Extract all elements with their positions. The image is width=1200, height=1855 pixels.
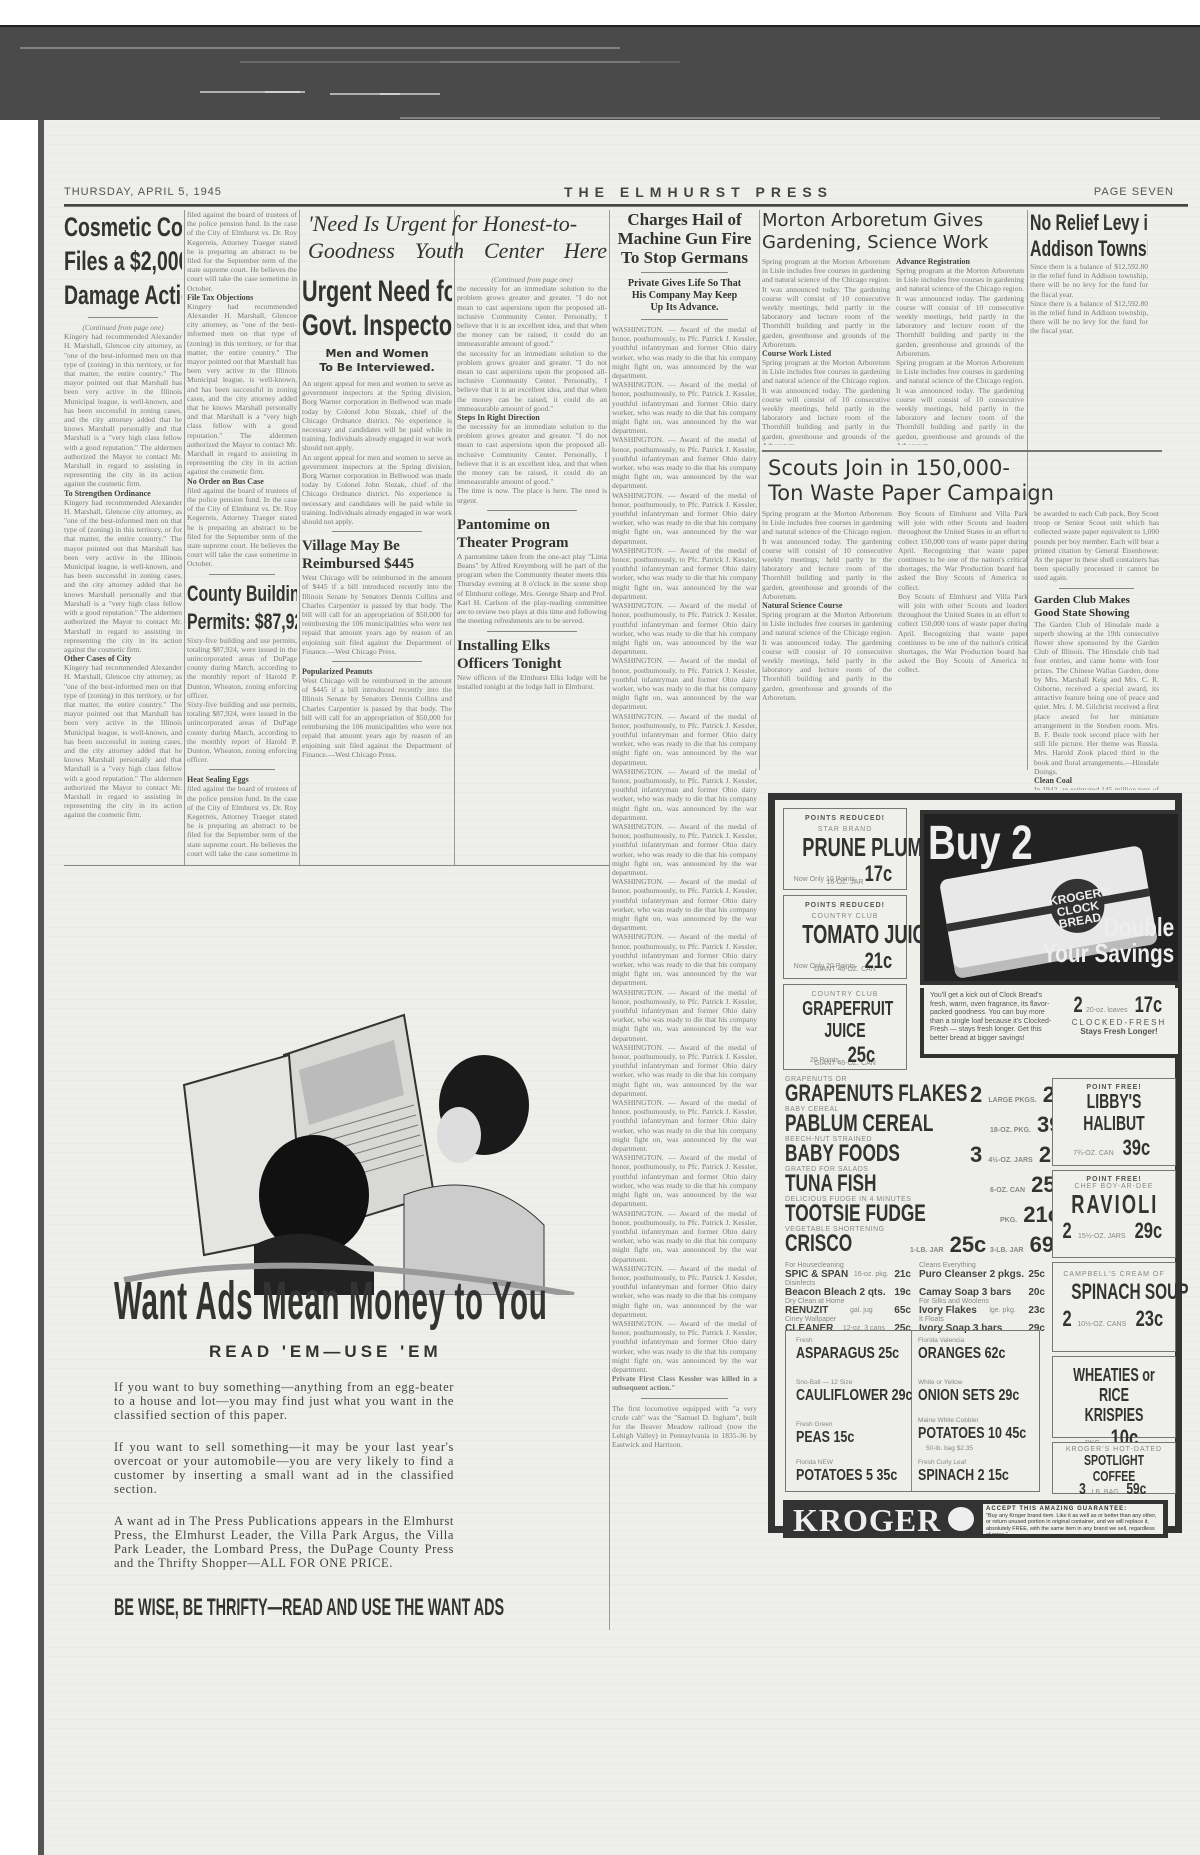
- want-ads-subhead: READ 'EM—USE 'EM: [209, 1342, 594, 1362]
- article-youth-center: (Continued from page one) the necessity …: [457, 275, 607, 865]
- article-relief-levy: No Relief Levy in Addison Township Since…: [1030, 210, 1148, 445]
- headline: Morton Arboretum Gives Gardening, Scienc…: [762, 210, 1024, 254]
- kroger-advertisement: POINTS REDUCED! STAR BRAND PRUNE PLUMS N…: [768, 793, 1182, 1533]
- want-ads-footer: BE WISE, BE THRIFTY—READ AND USE THE WAN…: [114, 1594, 402, 1622]
- want-ads-illustration: [104, 995, 584, 1295]
- ad-box-halibut: POINT FREE! LIBBY'S HALIBUT 7¾-OZ. CAN 3…: [1052, 1078, 1176, 1166]
- headline-pantomime: Pantomime on Theater Program: [457, 516, 607, 552]
- ad-item-crisco: VEGETABLE SHORTENINGCRISCO: [785, 1226, 885, 1256]
- column-divider: [454, 210, 455, 865]
- article-inspectors: Urgent Need for Govt. Inspectors Men and…: [302, 275, 452, 865]
- ad-box-grapefruit-juice: COUNTRY CLUB GRAPEFRUIT JUICE 20 Points …: [783, 984, 907, 1070]
- guarantee-text: ACCEPT THIS AMAZING GUARANTEE: "Buy any …: [983, 1504, 1163, 1534]
- column-divider: [299, 210, 300, 865]
- masthead: THURSDAY, APRIL 5, 1945 THE ELMHURST PRE…: [64, 182, 1182, 204]
- column-divider: [759, 210, 760, 770]
- ad-box-prune-plums: POINTS REDUCED! STAR BRAND PRUNE PLUMS N…: [783, 808, 907, 890]
- kroger-logo-bar: KROGER ACCEPT THIS AMAZING GUARANTEE: "B…: [783, 1500, 1168, 1538]
- headline-garden-club: Garden Club Makes Good State Showing: [1034, 594, 1159, 620]
- page-number: PAGE SEVEN: [1094, 186, 1174, 198]
- article-morton-arboretum: Morton Arboretum Gives Gardening, Scienc…: [762, 210, 1024, 445]
- headline-elks: Installing Elks Officers Tonight: [457, 637, 607, 673]
- article-scouts: Scouts Join in 150,000- Ton Waste Paper …: [762, 450, 1162, 790]
- headline-youth-center: 'Need Is Urgent for Honest-to- Goodness …: [302, 210, 607, 270]
- paper-title: THE ELMHURST PRESS: [564, 184, 833, 200]
- ad-box-tomato-juice: POINTS REDUCED! COUNTRY CLUB TOMATO JUIC…: [783, 895, 907, 979]
- clock-bread-promo: Buy 2 KROGER'S CLOCK BREAD Double Your S…: [920, 810, 1182, 985]
- want-ads-promo: Want Ads Mean Money to You READ 'EM—USE …: [114, 1270, 594, 1622]
- ad-item-tootsie-fudge: DELICIOUS FUDGE IN 4 MINUTESTOOTSIE FUDG…: [785, 1196, 981, 1226]
- ad-item-pablum: BABY CEREALPABLUM CEREAL: [785, 1106, 991, 1136]
- microfilm-header-strip: [0, 25, 1200, 120]
- article-kessler: Charges Hail of Machine Gun Fire To Stop…: [612, 210, 757, 1670]
- headline: Cosmetic Company Files a $2,000 Damage A…: [64, 210, 182, 312]
- issue-date: THURSDAY, APRIL 5, 1945: [64, 186, 222, 198]
- clock-bread-copy: You'll get a kick out of Clock Bread's f…: [920, 988, 1182, 1058]
- ad-household-items: For Housecleaning SPIC & SPAN16-oz. pkg.…: [785, 1262, 1045, 1334]
- article-body: Kingery had recommended Alexander H. Mar…: [64, 332, 182, 488]
- article-continued-col2: filed against the board of trustees of t…: [187, 210, 297, 860]
- ad-item-tuna-fish: GRATED FOR SALADSTUNA FISH: [785, 1166, 912, 1196]
- kroger-logo: KROGER: [793, 1502, 941, 1539]
- ad-box-spotlight-coffee: KROGER'S HOT-DATED SPOTLIGHT COFFEE 3 LB…: [1052, 1442, 1176, 1494]
- ad-produce-box: Fresh ASPARAGUS 25c Florida Valencia ORA…: [785, 1330, 1040, 1492]
- column-divider: [184, 210, 185, 865]
- article-cosmetic-company: Cosmetic Company Files a $2,000 Damage A…: [64, 210, 182, 860]
- headline: No Relief Levy in Addison Township: [1030, 210, 1115, 262]
- headline-village: Village May Be Reimbursed $445: [302, 537, 452, 573]
- ad-item-baby-foods: BEECH-NUT STRAINEDBABY FOODS: [785, 1136, 945, 1166]
- newspaper-page: THURSDAY, APRIL 5, 1945 THE ELMHURST PRE…: [38, 120, 1200, 1855]
- want-ads-headline: Want Ads Mean Money to You: [114, 1270, 378, 1332]
- masthead-rule: [64, 204, 1188, 207]
- ad-box-ravioli: POINT FREE! CHEF BOY-AR-DEE RAVIOLI 2 15…: [1052, 1170, 1176, 1258]
- guarantee-seal-icon: [945, 1504, 977, 1534]
- section-rule: [64, 865, 609, 866]
- headline-county-permits: County Building Permits: $87,924: [187, 580, 266, 636]
- column-divider: [609, 210, 610, 1630]
- headline: Urgent Need for Govt. Inspectors: [302, 275, 410, 343]
- filler-locomotive: The first locomotive equipped with "a ve…: [612, 1404, 757, 1450]
- article-body: Kingery had recommended Alexander H. Mar…: [64, 498, 182, 654]
- headline: Charges Hail of Machine Gun Fire To Stop…: [612, 210, 757, 267]
- ad-box-spinach-soup: CAMPBELL'S CREAM OF SPINACH SOUP 2 10½-O…: [1052, 1262, 1176, 1352]
- ad-box-wheaties: WHEATIES or RICE KRISPIES PKG. 10c: [1052, 1356, 1176, 1438]
- article-body: Kingery had recommended Alexander H. Mar…: [64, 663, 182, 819]
- headline: Scouts Join in 150,000- Ton Waste Paper …: [762, 456, 1162, 506]
